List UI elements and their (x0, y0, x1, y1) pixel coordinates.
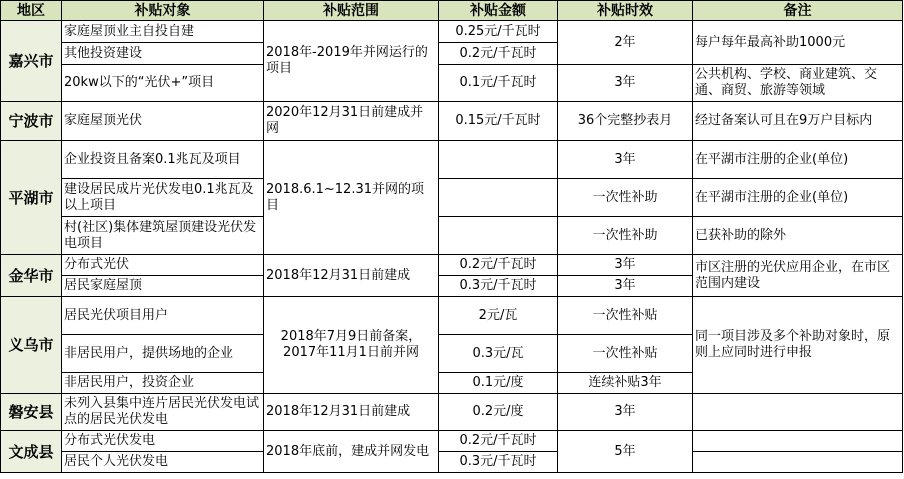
amount-cell[interactable]: 0.2元/千瓦时 (439, 431, 558, 452)
target-cell[interactable]: 非居民用户，投资企业 (62, 373, 264, 394)
duration-cell[interactable]: 一次性补贴 (558, 335, 693, 373)
amount-cell[interactable]: 0.1元/度 (439, 373, 558, 394)
region-cell[interactable]: 文成县 (1, 431, 62, 473)
duration-cell[interactable]: 3年 (558, 394, 693, 431)
header-scope[interactable]: 补贴范围 (264, 1, 439, 21)
target-cell[interactable]: 居民光伏项目用户 (62, 297, 264, 335)
table-row: 金华市 分布式光伏 2018年12月31日前建成 0.2元/千瓦时 3年 市区注… (1, 255, 903, 276)
header-row: 地区 补贴对象 补贴范围 补贴金额 补贴时效 备注 (1, 1, 903, 21)
table-row: 义乌市 居民光伏项目用户 2018年7月9日前备案，2017年11月1日前并网 … (1, 297, 903, 335)
duration-cell[interactable]: 3年 (558, 276, 693, 297)
amount-cell[interactable]: 0.3元/千瓦时 (439, 276, 558, 297)
note-cell[interactable]: 在平湖市注册的企业(单位) (693, 141, 903, 179)
region-cell[interactable]: 平湖市 (1, 141, 62, 255)
note-cell[interactable] (693, 394, 903, 431)
amount-cell[interactable] (439, 179, 558, 217)
region-cell[interactable]: 宁波市 (1, 102, 62, 141)
note-cell[interactable]: 已获补助的除外 (693, 217, 903, 255)
subsidy-table: 地区 补贴对象 补贴范围 补贴金额 补贴时效 备注 嘉兴市 家庭屋顶业主自投自建… (0, 0, 903, 473)
scope-cell[interactable]: 2018年7月9日前备案，2017年11月1日前并网 (264, 297, 439, 394)
target-cell[interactable]: 其他投资建设 (62, 43, 264, 65)
target-cell[interactable]: 家庭屋顶业主自投自建 (62, 21, 264, 43)
target-cell[interactable]: 家庭屋顶光伏 (62, 102, 264, 141)
target-cell[interactable]: 居民家庭屋顶 (62, 276, 264, 297)
scope-cell[interactable]: 2018年-2019年并网运行的项目 (264, 21, 439, 102)
scope-cell[interactable]: 2018年12月31日前建成 (264, 255, 439, 297)
scope-cell[interactable]: 2018年12月31日前建成 (264, 394, 439, 431)
region-cell[interactable]: 义乌市 (1, 297, 62, 394)
scope-cell[interactable]: 2020年12月31日前建成并网 (264, 102, 439, 141)
table-row: 建设居民成片光伏发电0.1兆瓦及以上项目 一次性补助 在平湖市注册的企业(单位) (1, 179, 903, 217)
amount-cell[interactable]: 0.25元/千瓦时 (439, 21, 558, 43)
note-cell[interactable]: 每户每年最高补助1000元 (693, 21, 903, 65)
duration-cell[interactable]: 一次性补助 (558, 217, 693, 255)
target-cell[interactable]: 分布式光伏 (62, 255, 264, 276)
duration-cell[interactable]: 连续补贴3年 (558, 373, 693, 394)
scope-cell[interactable]: 2018.6.1~12.31并网的项目 (264, 141, 439, 255)
target-cell[interactable]: 未列入县集中连片居民光伏发电试点的居民光伏发电 (62, 394, 264, 431)
region-cell[interactable]: 磐安县 (1, 394, 62, 431)
duration-cell[interactable]: 5年 (558, 431, 693, 473)
duration-cell[interactable]: 一次性补助 (558, 179, 693, 217)
amount-cell[interactable]: 2元/瓦 (439, 297, 558, 335)
target-cell[interactable]: 非居民用户，提供场地的企业 (62, 335, 264, 373)
note-cell[interactable] (693, 431, 903, 452)
table-row: 20kw以下的“光伏+”项目 0.1元/千瓦时 3年 公共机构、学校、商业建筑、… (1, 65, 903, 102)
duration-cell[interactable]: 3年 (558, 255, 693, 276)
scope-cell[interactable]: 2018年底前，建成并网发电 (264, 431, 439, 473)
duration-cell[interactable]: 2年 (558, 21, 693, 65)
table-row: 居民个人光伏发电 0.3元/千瓦时 (1, 452, 903, 473)
amount-cell[interactable] (439, 217, 558, 255)
table-row: 嘉兴市 家庭屋顶业主自投自建 2018年-2019年并网运行的项目 0.25元/… (1, 21, 903, 43)
amount-cell[interactable]: 0.2元/千瓦时 (439, 255, 558, 276)
table-row: 村(社区)集体建筑屋顶建设光伏发电项目 一次性补助 已获补助的除外 (1, 217, 903, 255)
region-cell[interactable]: 嘉兴市 (1, 21, 62, 102)
header-amount[interactable]: 补贴金额 (439, 1, 558, 21)
header-note[interactable]: 备注 (693, 1, 903, 21)
duration-cell[interactable]: 一次性补贴 (558, 297, 693, 335)
amount-cell[interactable]: 0.1元/千瓦时 (439, 65, 558, 102)
duration-cell[interactable]: 3年 (558, 141, 693, 179)
region-cell[interactable]: 金华市 (1, 255, 62, 297)
header-duration[interactable]: 补贴时效 (558, 1, 693, 21)
note-cell[interactable]: 公共机构、学校、商业建筑、交通、商贸、旅游等领域 (693, 65, 903, 102)
target-cell[interactable]: 居民个人光伏发电 (62, 452, 264, 473)
target-cell[interactable]: 20kw以下的“光伏+”项目 (62, 65, 264, 102)
amount-cell[interactable]: 0.2元/度 (439, 394, 558, 431)
target-cell[interactable]: 分布式光伏发电 (62, 431, 264, 452)
table-row: 宁波市 家庭屋顶光伏 2020年12月31日前建成并网 0.15元/千瓦时 36… (1, 102, 903, 141)
note-cell[interactable]: 经过备案认可且在9万户目标内 (693, 102, 903, 141)
header-region[interactable]: 地区 (1, 1, 62, 21)
table-row: 文成县 分布式光伏发电 2018年底前，建成并网发电 0.2元/千瓦时 5年 (1, 431, 903, 452)
amount-cell[interactable]: 0.15元/千瓦时 (439, 102, 558, 141)
target-cell[interactable]: 村(社区)集体建筑屋顶建设光伏发电项目 (62, 217, 264, 255)
target-cell[interactable]: 建设居民成片光伏发电0.1兆瓦及以上项目 (62, 179, 264, 217)
note-cell[interactable]: 同一项目涉及多个补助对象时，原则上应同时进行申报 (693, 297, 903, 394)
table-row: 磐安县 未列入县集中连片居民光伏发电试点的居民光伏发电 2018年12月31日前… (1, 394, 903, 431)
duration-cell[interactable]: 36个完整抄表月 (558, 102, 693, 141)
amount-cell[interactable]: 0.3元/瓦 (439, 335, 558, 373)
note-cell[interactable]: 在平湖市注册的企业(单位) (693, 179, 903, 217)
amount-cell[interactable]: 0.2元/千瓦时 (439, 43, 558, 65)
amount-cell[interactable] (439, 141, 558, 179)
table-row: 平湖市 企业投资且备案0.1兆瓦及项目 2018.6.1~12.31并网的项目 … (1, 141, 903, 179)
target-cell[interactable]: 企业投资且备案0.1兆瓦及项目 (62, 141, 264, 179)
note-cell[interactable] (693, 452, 903, 473)
duration-cell[interactable]: 3年 (558, 65, 693, 102)
header-target[interactable]: 补贴对象 (62, 1, 264, 21)
note-cell[interactable]: 市区注册的光伏应用企业，在市区范围内建设 (693, 255, 903, 297)
amount-cell[interactable]: 0.3元/千瓦时 (439, 452, 558, 473)
